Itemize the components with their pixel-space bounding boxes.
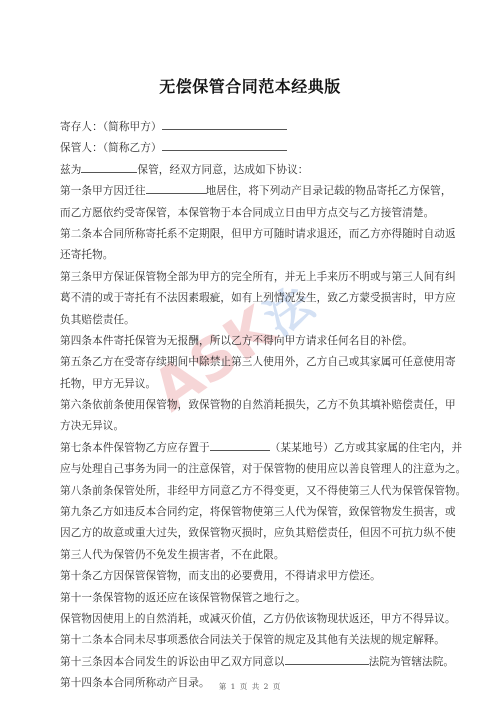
paragraph-line: 保管人：（简称乙方） bbox=[60, 138, 440, 159]
paragraph-line: 第一条甲方因迁往地居住，将下列动产目录记载的物品寄托乙方保管， bbox=[60, 181, 440, 202]
paragraph-line: 第三条甲方保证保管物全部为甲方的完全所有，并无上手来历不明或与第三人间有纠 bbox=[60, 267, 440, 288]
paragraph-line: 第二条本合同所称寄托系不定期限，但甲方可随时请求退还，而乙方亦得随时自动返 bbox=[60, 224, 440, 245]
paragraph-line: 还寄托物。 bbox=[60, 245, 440, 266]
paragraph-line: 因乙方的故意或重大过失，致保管物灭损时，应负其赔偿责任，但因不可抗力纵不使 bbox=[60, 523, 440, 544]
line-text: 第十一条保管物的返还应在该保管物保管之地行之。 bbox=[60, 592, 306, 604]
paragraph-line: 寄存人：（简称甲方） bbox=[60, 117, 440, 138]
paragraph-line: 负其赔偿责任。 bbox=[60, 310, 440, 331]
paragraph-line: 第九条乙方如违反本合同约定，将保管物使第三人代为保管，致保管物发生损害，或 bbox=[60, 502, 440, 523]
paragraph-line: 第十条乙方因保管保管物，而支出的必要费用，不得请求甲方偿还。 bbox=[60, 566, 440, 587]
document-title: 无偿保管合同范本经典版 bbox=[0, 74, 500, 97]
line-text: 负其赔偿责任。 bbox=[60, 314, 135, 326]
line-text: 托物，甲方无异议。 bbox=[60, 378, 156, 390]
paragraph-line: 第八条前条保管处所，非经甲方同意乙方不得变更，又不得使第三人代为保管保管物。 bbox=[60, 481, 440, 502]
line-text: 而乙方愿依约受寄保管，本保管物于本合同成立日由甲方点交与乙方接管清楚。 bbox=[60, 207, 434, 219]
paragraph-line: 葛不清的或于寄托有不法因素瑕疵，如有上列情况发生，致乙方蒙受损害时，甲方应 bbox=[60, 288, 440, 309]
fill-in-blank[interactable] bbox=[210, 439, 270, 451]
paragraph-line: 托物，甲方无异议。 bbox=[60, 374, 440, 395]
line-text-after-blank: 地居住，将下列动产目录记载的物品寄托乙方保管， bbox=[206, 185, 452, 197]
line-text: 第二条本合同所称寄托系不定期限，但甲方可随时请求退还，而乙方亦得随时自动返 bbox=[60, 228, 456, 240]
fill-in-blank[interactable] bbox=[285, 653, 369, 665]
paragraph-line: 而乙方愿依约受寄保管，本保管物于本合同成立日由甲方点交与乙方接管清楚。 bbox=[60, 203, 440, 224]
line-text: 第十三条因本合同发生的诉讼由甲乙双方同意以 bbox=[60, 656, 285, 668]
line-text: 第十条乙方因保管保管物，而支出的必要费用，不得请求甲方偿还。 bbox=[60, 570, 381, 582]
line-text: 保管物因使用上的自然消耗，或减灭价值，乙方仍依该物现状返还，甲方不得异议。 bbox=[60, 613, 456, 625]
fill-in-blank[interactable] bbox=[162, 118, 287, 130]
paragraph-line: 第三人代为保管仍不免发生损害者，不在此限。 bbox=[60, 545, 440, 566]
paragraph-line: 第七条本件保管物乙方应存置于（某某地号）乙方或其家属的住宅内，并 bbox=[60, 438, 440, 459]
line-text: 第七条本件保管物乙方应存置于 bbox=[60, 442, 210, 454]
line-text: 保管人：（简称乙方） bbox=[60, 142, 162, 154]
paragraph-line: 应与处理自己事务为同一的注意保管，对于保管物的使用应以善良管理人的注意为之。 bbox=[60, 459, 440, 480]
line-text: 第五条乙方在受寄存续期间中除禁止第三人使用外，乙方自己或其家属可任意使用寄 bbox=[60, 356, 456, 368]
paragraph-line: 保管物因使用上的自然消耗，或减灭价值，乙方仍依该物现状返还，甲方不得异议。 bbox=[60, 609, 440, 630]
paragraph-line: 第五条乙方在受寄存续期间中除禁止第三人使用外，乙方自己或其家属可任意使用寄 bbox=[60, 352, 440, 373]
line-text-after-blank: 法院为管辖法院。 bbox=[369, 656, 455, 668]
line-text-after-blank: 保管，经双方同意，达成如下协议： bbox=[137, 164, 308, 176]
paragraph-line: 第十二条本合同未尽事项悉依合同法关于保管的规定及其他有关法规的规定解释。 bbox=[60, 630, 440, 651]
line-text-after-blank: （某某地号）乙方或其家属的住宅内，并 bbox=[270, 442, 463, 454]
line-text: 第六条依前条使用保管物，致保管物的自然消耗损失，乙方不负其填补赔偿责任，甲 bbox=[60, 399, 456, 411]
line-text: 应与处理自己事务为同一的注意保管，对于保管物的使用应以善良管理人的注意为之。 bbox=[60, 463, 466, 475]
line-text: 第十二条本合同未尽事项悉依合同法关于保管的规定及其他有关法规的规定解释。 bbox=[60, 634, 445, 646]
fill-in-blank[interactable] bbox=[162, 139, 287, 151]
page-number: 第 1 页 共 2 页 bbox=[0, 681, 500, 692]
paragraph-line: 第四条本件寄托保管为无报酬，所以乙方不得向甲方请求任何名目的补偿。 bbox=[60, 331, 440, 352]
paragraph-line: 兹为保管，经双方同意，达成如下协议： bbox=[60, 160, 440, 181]
fill-in-blank[interactable] bbox=[146, 182, 206, 194]
line-text: 兹为 bbox=[60, 164, 81, 176]
paragraph-line: 方决无异议。 bbox=[60, 416, 440, 437]
line-text: 葛不清的或于寄托有不法因素瑕疵，如有上列情况发生，致乙方蒙受损害时，甲方应 bbox=[60, 292, 456, 304]
line-text: 第一条甲方因迁往 bbox=[60, 185, 146, 197]
paragraph-line: 第六条依前条使用保管物，致保管物的自然消耗损失，乙方不负其填补赔偿责任，甲 bbox=[60, 395, 440, 416]
line-text: 还寄托物。 bbox=[60, 249, 113, 261]
line-text: 第三人代为保管仍不免发生损害者，不在此限。 bbox=[60, 549, 285, 561]
line-text: 第九条乙方如违反本合同约定，将保管物使第三人代为保管，致保管物发生损害，或 bbox=[60, 506, 456, 518]
paragraph-line: 第十一条保管物的返还应在该保管物保管之地行之。 bbox=[60, 588, 440, 609]
line-text: 第三条甲方保证保管物全部为甲方的完全所有，并无上手来历不明或与第三人间有纠 bbox=[60, 271, 456, 283]
line-text: 第八条前条保管处所，非经甲方同意乙方不得变更，又不得使第三人代为保管保管物。 bbox=[60, 485, 466, 497]
document-body: 寄存人：（简称甲方）保管人：（简称乙方）兹为保管，经双方同意，达成如下协议：第一… bbox=[60, 117, 440, 695]
line-text: 方决无异议。 bbox=[60, 420, 124, 432]
line-text: 寄存人：（简称甲方） bbox=[60, 121, 162, 133]
fill-in-blank[interactable] bbox=[81, 161, 137, 173]
line-text: 第四条本件寄托保管为无报酬，所以乙方不得向甲方请求任何名目的补偿。 bbox=[60, 335, 413, 347]
line-text: 因乙方的故意或重大过失，致保管物灭损时，应负其赔偿责任，但因不可抗力纵不使 bbox=[60, 527, 456, 539]
paragraph-line: 第十三条因本合同发生的诉讼由甲乙双方同意以法院为管辖法院。 bbox=[60, 652, 440, 673]
